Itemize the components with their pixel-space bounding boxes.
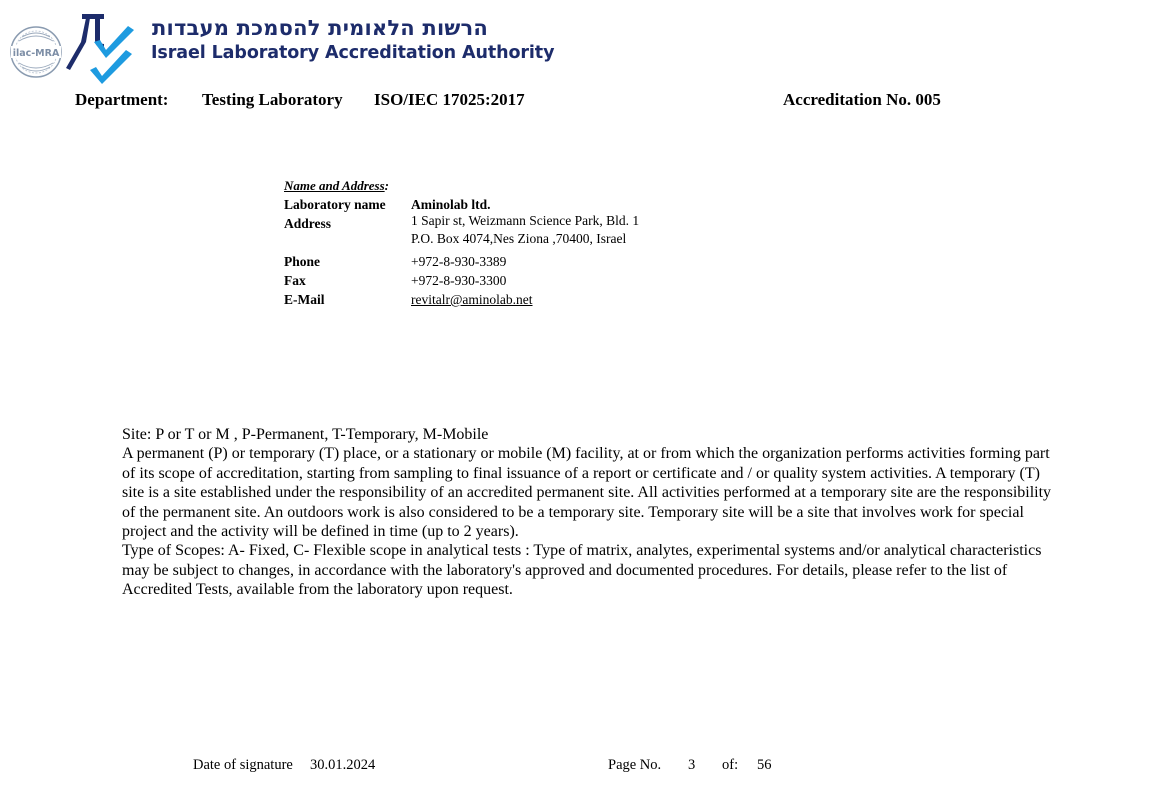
page-number-label: Page No.	[608, 757, 661, 774]
ilac-mra-logo: ilac-MRA	[9, 25, 63, 79]
department-value: Testing Laboratory	[202, 90, 343, 110]
standard: ISO/IEC 17025:2017	[374, 90, 525, 110]
email-label: E-Mail	[284, 292, 325, 308]
page-number: 3	[688, 757, 695, 774]
address-line-2: P.O. Box 4074,Nes Ziona ,70400, Israel	[411, 231, 626, 247]
email-link[interactable]: revitalr@aminolab.net	[411, 292, 533, 308]
accreditation-number: Accreditation No. 005	[783, 90, 941, 110]
fax-value: +972-8-930-3300	[411, 273, 506, 289]
total-pages: 56	[757, 757, 772, 774]
address-label: Address	[284, 216, 331, 232]
phone-value: +972-8-930-3389	[411, 254, 506, 270]
ilaa-emblem-icon	[64, 12, 140, 84]
site-and-scope-notes: Site: P or T or M , P-Permanent, T-Tempo…	[122, 425, 1112, 600]
fax-label: Fax	[284, 273, 306, 289]
of-label: of:	[722, 757, 738, 774]
address-line-1: 1 Sapir st, Weizmann Science Park, Bld. …	[411, 213, 639, 229]
lab-name-label: Laboratory name	[284, 197, 386, 213]
lab-name-value: Aminolab ltd.	[411, 197, 491, 213]
logo-hebrew-name: הרשות הלאומית להסמכת מעבדות	[152, 16, 488, 40]
department-label: Department:	[75, 90, 168, 110]
name-and-address-heading: Name and Address:	[284, 178, 389, 194]
date-of-signature-label: Date of signature	[193, 757, 293, 774]
logo-english-name: Israel Laboratory Accreditation Authorit…	[151, 43, 554, 63]
ilac-text: ilac-MRA	[13, 48, 60, 59]
date-of-signature-value: 30.01.2024	[310, 757, 375, 774]
phone-label: Phone	[284, 254, 320, 270]
